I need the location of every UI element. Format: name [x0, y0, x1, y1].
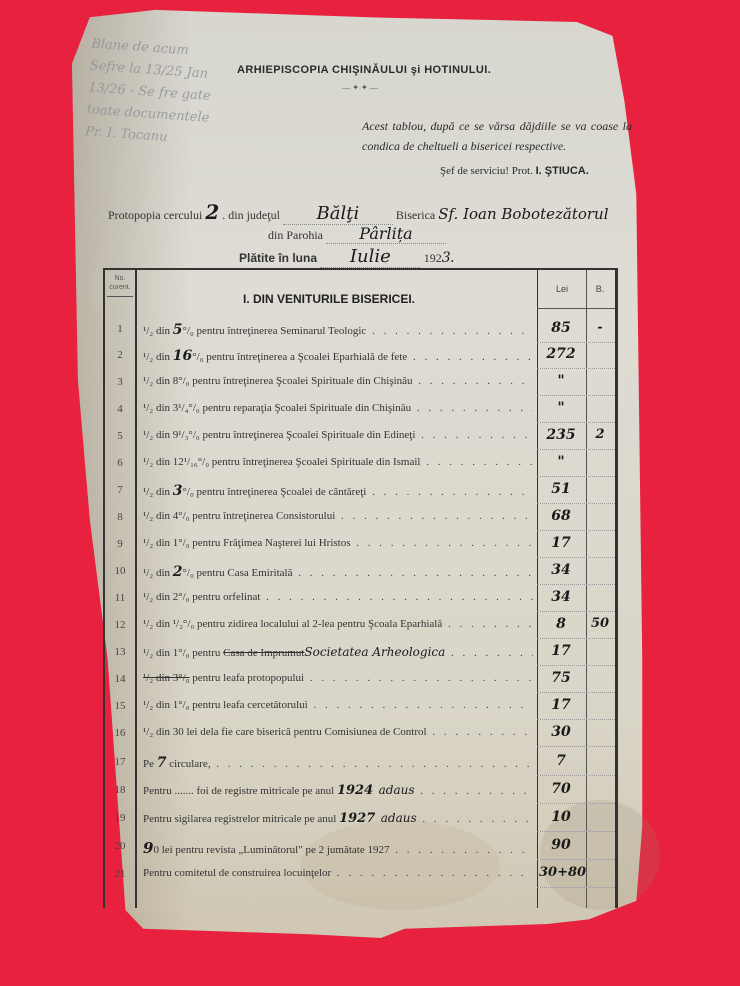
row-lei: 68 [539, 508, 583, 524]
table-row: 1 ¹/₂ din 5°/₀ pentru întreţinerea Semin… [105, 317, 615, 343]
row-description: ¹/₂ din 3°/₀ pentru leafa protopopului [143, 672, 533, 684]
header-divider [537, 308, 615, 309]
row-description: 90 lei pentru revista „Luminătorul" pe 2… [143, 839, 533, 857]
row-lei: 17 [539, 697, 583, 713]
row-number: 4 [105, 403, 135, 415]
row-number: 12 [105, 619, 135, 631]
row-lei: 235 [539, 427, 583, 443]
row-description: ¹/₂ din 3°/₀ pentru întreţinerea Şcoalei… [143, 483, 533, 499]
row-description: ¹/₂ din 3¹/₄°/₀ pentru reparaţia Şcoalei… [143, 402, 533, 414]
table-row: 13 ¹/₂ din 1°/₀ pentru Casa de ImprumutS… [105, 640, 615, 666]
header-lei: Lei [542, 284, 582, 294]
table-row: 3 ¹/₂ din 8°/₀ pentru întreţinerea Şcoal… [105, 370, 615, 396]
row-lei: 90 [539, 837, 583, 853]
row-number: 6 [105, 457, 135, 469]
luna-label: Plătite în luna [239, 251, 317, 265]
row-number: 3 [105, 376, 135, 388]
instruction-note: Acest tablou, după ce se vărsa dăjdiile … [362, 116, 632, 156]
table-row: 20 90 lei pentru revista „Luminătorul" p… [105, 834, 615, 860]
row-description: ¹/₂ din 2°/₀ pentru Casa Emiritală [143, 564, 533, 580]
row-number: 11 [105, 592, 135, 604]
row-description: ¹/₂ din 8°/₀ pentru întreţinerea Şcoalei… [143, 375, 533, 387]
row-number: 16 [105, 727, 135, 739]
row-lei: 10 [539, 809, 583, 825]
header-number: No. curent. [107, 274, 133, 297]
row-number: 10 [105, 565, 135, 577]
table-row: 17 Pe 7 circulare, 7 [105, 750, 615, 776]
row-description: ¹/₂ din 9¹/₃°/₀ pentru întreţinerea Şcoa… [143, 429, 533, 441]
row-number: 18 [105, 784, 135, 796]
table-row: 21 Pentru comitetul de construirea locui… [105, 862, 615, 888]
row-number: 17 [105, 756, 135, 768]
section-title: I. DIN VENITURILE BISERICEI. [243, 292, 415, 306]
row-description: ¹/₂ din 16°/₀ pentru întreţinerea a Şcoa… [143, 348, 533, 364]
row-lei: 7 [539, 753, 583, 769]
row-lei: 75 [539, 670, 583, 686]
row-lei: 17 [539, 535, 583, 551]
parohia-field: din Parohia Pârlița [268, 224, 446, 244]
row-number: 2 [105, 349, 135, 361]
row-number: 1 [105, 323, 135, 335]
row-number: 19 [105, 812, 135, 824]
row-bani: 2 [587, 427, 613, 442]
row-description: ¹/₂ din 1°/₀ pentru leafa cercetătorului [143, 699, 533, 711]
row-description: ¹/₂ din 12¹/₁₆°/₀ pentru întreţinerea Şc… [143, 456, 533, 468]
row-description: ¹/₂ din ¹/₂°/₀ pentru zidirea localului … [143, 618, 533, 630]
row-lei: 30 [539, 724, 583, 740]
row-lei: " [539, 454, 583, 470]
parohia-label: din Parohia [268, 228, 323, 242]
table-row: 8 ¹/₂ din 4°/₀ pentru întreţinerea Consi… [105, 505, 615, 531]
table-row: 15 ¹/₂ din 1°/₀ pentru leafa cercetătoru… [105, 694, 615, 720]
row-bani: - [587, 320, 613, 335]
year-suffix: . [451, 251, 454, 265]
luna-value: Iulie [320, 246, 420, 268]
table-row: 10 ¹/₂ din 2°/₀ pentru Casa Emiritală 34 [105, 559, 615, 585]
table-row: 4 ¹/₂ din 3¹/₄°/₀ pentru reparaţia Şcoal… [105, 397, 615, 423]
row-number: 13 [105, 646, 135, 658]
row-number: 5 [105, 430, 135, 442]
row-description: ¹/₂ din 4°/₀ pentru întreţinerea Consist… [143, 510, 533, 522]
table-row: 12 ¹/₂ din ¹/₂°/₀ pentru zidirea localul… [105, 613, 615, 639]
row-bani: 50 [587, 616, 613, 631]
biserica-label: Biserica [396, 208, 435, 222]
parohia-value: Pârlița [326, 224, 446, 244]
judet-label: . din judeţul [222, 208, 280, 222]
year-handwritten: 3 [442, 250, 451, 266]
table-row: 9 ¹/₂ din 1°/₀ pentru Frăţimea Naşterei … [105, 532, 615, 558]
row-description: ¹/₂ din 1°/₀ pentru Casa de ImprumutSoci… [143, 645, 533, 659]
fees-table: No. curent. Lei B. I. DIN VENITURILE BIS… [103, 268, 618, 908]
biserica-value: Sf. Ioan Bobotezătorul [438, 205, 608, 223]
row-number: 20 [105, 840, 135, 852]
row-description: Pentru ....... foi de registre mitricale… [143, 783, 533, 798]
row-lei: 34 [539, 562, 583, 578]
row-lei: 17 [539, 643, 583, 659]
row-lei: 70 [539, 781, 583, 797]
row-description: ¹/₂ din 1°/₀ pentru Frăţimea Naşterei lu… [143, 537, 533, 549]
protopopia-label: Protopopia cercului [108, 208, 202, 222]
row-description: Pe 7 circulare, [143, 755, 533, 771]
table-row: 19 Pentru sigilarea registrelor mitrical… [105, 806, 615, 832]
table-row: 7 ¹/₂ din 3°/₀ pentru întreţinerea Şcoal… [105, 478, 615, 504]
ornament-divider: — ✦ ✦ — [320, 83, 400, 89]
row-number: 8 [105, 511, 135, 523]
row-number: 9 [105, 538, 135, 550]
row-description: Pentru sigilarea registrelor mitricale p… [143, 811, 533, 826]
row-lei: " [539, 373, 583, 389]
table-row: 16 ¹/₂ din 30 lei dela fie care biserică… [105, 721, 615, 747]
signature-line: Şef de serviciu! Prot. I. ŞTIUCA. [440, 165, 589, 177]
table-row: 5 ¹/₂ din 9¹/₃°/₀ pentru întreţinerea Şc… [105, 424, 615, 450]
row-number: 15 [105, 700, 135, 712]
protopopia-value: 2 [205, 200, 219, 224]
header-bani: B. [587, 284, 613, 294]
row-lei: 30+80 [539, 865, 583, 880]
row-number: 21 [105, 868, 135, 880]
signature-name: I. ŞTIUCA. [536, 165, 589, 177]
signature-label: Şef de serviciu! Prot. [440, 165, 533, 177]
payment-month-field: Plătite în luna Iulie 1923. [239, 246, 454, 268]
judet-value: Bălţi [283, 203, 393, 225]
row-description: Pentru comitetul de construirea locuinţe… [143, 867, 533, 879]
row-lei: 34 [539, 589, 583, 605]
row-description: ¹/₂ din 5°/₀ pentru întreţinerea Seminar… [143, 322, 533, 338]
document-title: ARHIEPISCOPIA CHIŞINĂULUI şi HOTINULUI. [237, 64, 491, 76]
row-number: 14 [105, 673, 135, 685]
table-row: 11 ¹/₂ din 2°/₀ pentru orfelinat 34 [105, 586, 615, 612]
table-row: 6 ¹/₂ din 12¹/₁₆°/₀ pentru întreţinerea … [105, 451, 615, 477]
row-number: 7 [105, 484, 135, 496]
table-row: 2 ¹/₂ din 16°/₀ pentru întreţinerea a Şc… [105, 343, 615, 369]
year-printed: 192 [424, 251, 442, 265]
table-row: 18 Pentru ....... foi de registre mitric… [105, 778, 615, 804]
row-lei: " [539, 400, 583, 416]
row-lei: 51 [539, 481, 583, 497]
row-lei: 8 [539, 616, 583, 632]
pencil-annotation: Blane de acum Sefre la 13/25 Jan 13/26 -… [84, 34, 281, 157]
row-description: ¹/₂ din 2°/₀ pentru orfelinat [143, 591, 533, 603]
row-lei: 272 [539, 346, 583, 362]
table-row: 14 ¹/₂ din 3°/₀ pentru leafa protopopulu… [105, 667, 615, 693]
row-lei: 85 [539, 320, 583, 336]
row-description: ¹/₂ din 30 lei dela fie care biserică pe… [143, 726, 533, 738]
protopopia-field: Protopopia cercului 2 . din judeţul Bălţ… [108, 200, 609, 225]
